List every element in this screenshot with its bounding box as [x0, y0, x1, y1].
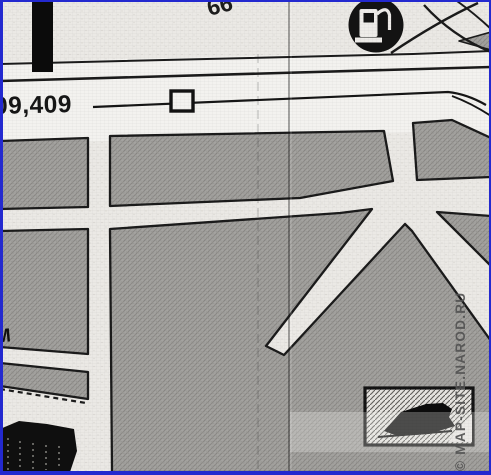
- watermark-text: © MAP-SITE.NAROD.RU: [453, 292, 468, 471]
- scanned-map-page: 66 09,409 М © MAP-SITE.NAROD.RU: [0, 0, 491, 475]
- dark-building: [0, 421, 77, 472]
- map-edge-bar: [32, 0, 53, 72]
- route-marker-icon: [171, 91, 193, 111]
- block-left-middle: [0, 229, 88, 354]
- block-top-left: [0, 138, 88, 209]
- map-graphic: [0, 0, 491, 475]
- fuel-station-icon: [349, 0, 404, 53]
- distance-marker-label: 09,409: [0, 91, 72, 121]
- metro-letter-label: М: [0, 325, 12, 348]
